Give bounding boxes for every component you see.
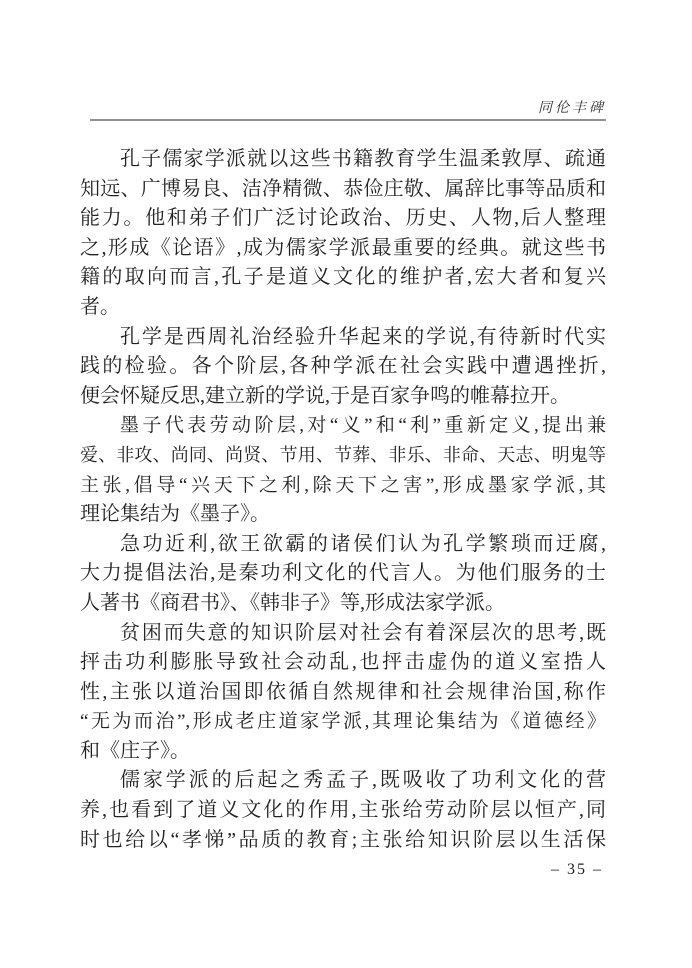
text-line: 孔子儒家学派就以这些书籍教育学生温柔敦厚、疏通 bbox=[80, 145, 606, 175]
text-line: 者。 bbox=[80, 293, 606, 323]
text-line: 贫困而失意的知识阶层对社会有着深层次的思考,既 bbox=[80, 619, 606, 649]
running-header: 同伦丰碑 bbox=[538, 97, 606, 117]
paragraph: 儒家学派的后起之秀孟子,既吸收了功利文化的营 养,也看到了道义文化的作用,主张给… bbox=[80, 766, 606, 855]
text-line: 孔学是西周礼治经验升华起来的学说,有待新时代实 bbox=[80, 323, 606, 353]
text-line: 性,主张以道治国即依循自然规律和社会规律治国,称作 bbox=[80, 678, 606, 708]
text-line: 大力提倡法治,是秦功利文化的代言人。为他们服务的士 bbox=[80, 559, 606, 589]
text-line: 践的检验。各个阶层,各种学派在社会实践中遭遇挫折, bbox=[80, 352, 606, 382]
text-line: “无为而治”,形成老庄道家学派,其理论集结为《道德经》 bbox=[80, 707, 606, 737]
header-rule bbox=[90, 119, 606, 121]
text-line: 儒家学派的后起之秀孟子,既吸收了功利文化的营 bbox=[80, 766, 606, 796]
text-line: 知远、广博易良、洁净精微、恭俭庄敬、属辞比事等品质和 bbox=[80, 175, 606, 205]
paragraph: 孔学是西周礼治经验升华起来的学说,有待新时代实 践的检验。各个阶层,各种学派在社… bbox=[80, 323, 606, 412]
text-line: 墨子代表劳动阶层,对“义”和“利”重新定义,提出兼 bbox=[80, 411, 606, 441]
text-line: 和《庄子》。 bbox=[80, 737, 606, 767]
text-line: 时也给以“孝悌”品质的教育;主张给知识阶层以生活保 bbox=[80, 826, 606, 856]
footer-page-number: – 35 – bbox=[551, 861, 603, 879]
text-line: 抨击功利膨胀导致社会动乱,也抨击虚伪的道义室捁人 bbox=[80, 648, 606, 678]
paragraph: 孔子儒家学派就以这些书籍教育学生温柔敦厚、疏通 知远、广博易良、洁净精微、恭俭庄… bbox=[80, 145, 606, 323]
paragraph: 急功近利,欲王欲霸的诸侯们认为孔学繁琐而迂腐, 大力提倡法治,是秦功利文化的代言… bbox=[80, 530, 606, 619]
text-line: 之,形成《论语》,成为儒家学派最重要的经典。就这些书 bbox=[80, 234, 606, 264]
text-line: 能力。他和弟子们广泛讨论政治、历史、人物,后人整理 bbox=[80, 204, 606, 234]
paragraph: 墨子代表劳动阶层,对“义”和“利”重新定义,提出兼 爱、非攻、尚同、尚贤、节用、… bbox=[80, 411, 606, 529]
text-line: 人著书《商君书》、《韩非子》等,形成法家学派。 bbox=[80, 589, 606, 619]
page-body: 孔子儒家学派就以这些书籍教育学生温柔敦厚、疏通 知远、广博易良、洁净精微、恭俭庄… bbox=[80, 145, 606, 855]
paragraph: 贫困而失意的知识阶层对社会有着深层次的思考,既 抨击功利膨胀导致社会动乱,也抨击… bbox=[80, 619, 606, 767]
text-line: 急功近利,欲王欲霸的诸侯们认为孔学繁琐而迂腐, bbox=[80, 530, 606, 560]
text-line: 便会怀疑反思,建立新的学说,于是百家争鸣的帷幕拉开。 bbox=[80, 382, 606, 412]
text-line: 养,也看到了道义文化的作用,主张给劳动阶层以恒产,同 bbox=[80, 796, 606, 826]
text-line: 理论集结为《墨子》。 bbox=[80, 500, 606, 530]
book-page: 同伦丰碑 孔子儒家学派就以这些书籍教育学生温柔敦厚、疏通 知远、广博易良、洁净精… bbox=[0, 0, 692, 968]
text-line: 籍的取向而言,孔子是道义文化的维护者,宏大者和复兴 bbox=[80, 263, 606, 293]
text-line: 主张,倡导“兴天下之利,除天下之害”,形成墨家学派,其 bbox=[80, 471, 606, 501]
text-line: 爱、非攻、尚同、尚贤、节用、节葬、非乐、非命、天志、明鬼等 bbox=[80, 441, 606, 471]
